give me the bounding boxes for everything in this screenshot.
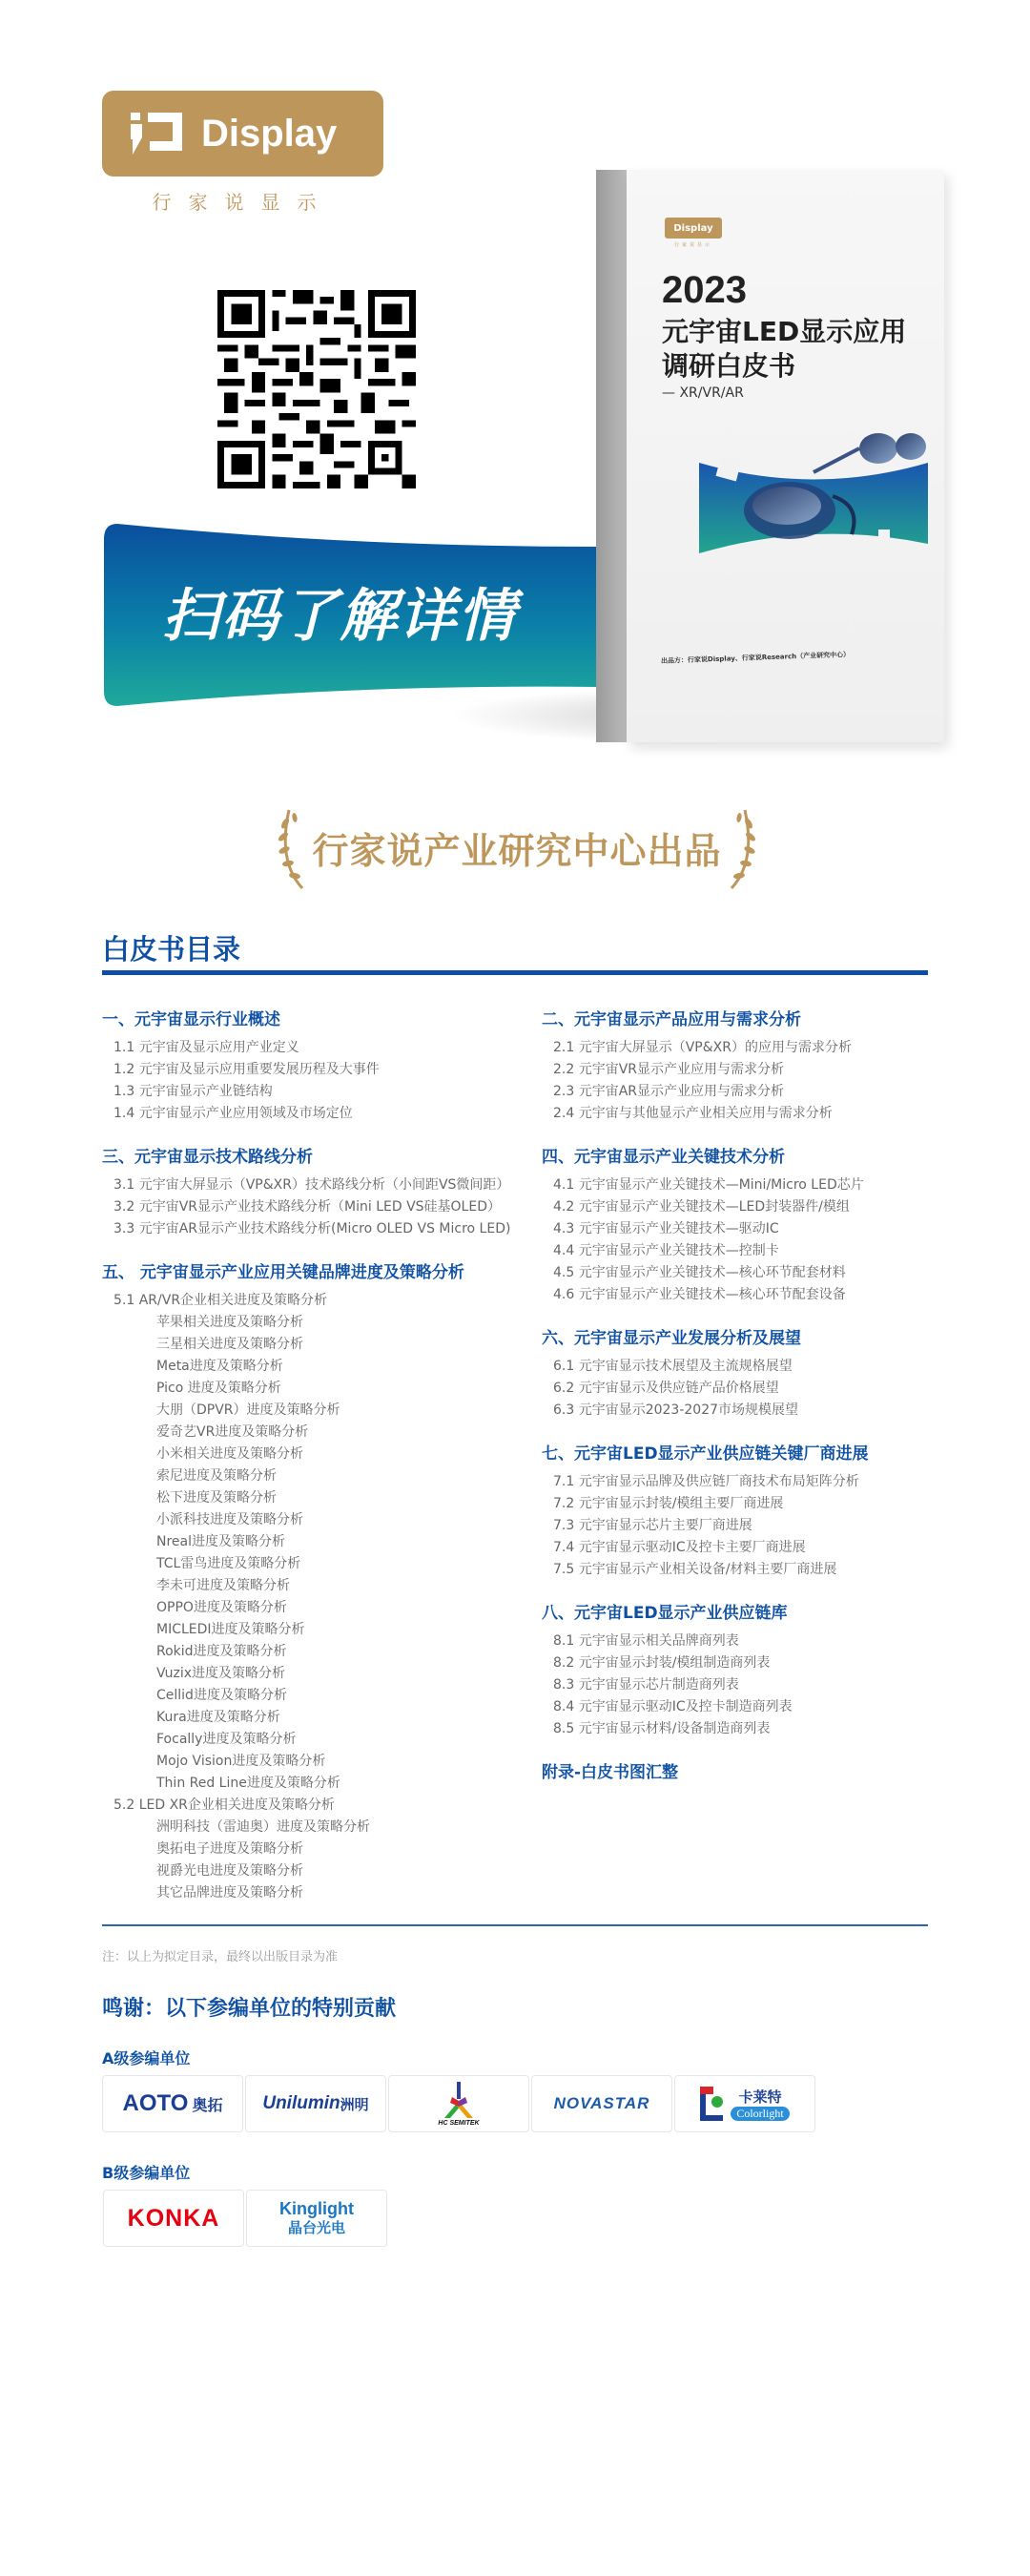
- vr-headset-illustration: [699, 420, 933, 563]
- sponsor-logo-aoto[interactable]: AOTO 奥拓: [102, 2075, 243, 2132]
- toc-item: Cellid进度及策略分析: [102, 1685, 522, 1707]
- toc-item: 苹果相关进度及策略分析: [102, 1312, 522, 1334]
- toc-item: 2.2 元宇宙VR显示产业应用与需求分析: [542, 1059, 961, 1081]
- toc-item: 洲明科技（雷迪奥）进度及策略分析: [102, 1817, 522, 1839]
- cta-text[interactable]: 扫码了解详情: [162, 571, 517, 653]
- brand-logo: Display: [102, 91, 383, 177]
- section-gap: [102, 1125, 522, 1144]
- toc-section-heading: 六、元宇宙显示产业发展分析及展望: [542, 1325, 961, 1352]
- toc-item: 1.4 元宇宙显示产业应用领域及市场定位: [102, 1103, 522, 1125]
- tier-a-label: A级参编单位: [102, 2046, 190, 2068]
- tier-b-label: B级参编单位: [102, 2161, 190, 2183]
- toc-item: 8.1 元宇宙显示相关品牌商列表: [542, 1631, 961, 1652]
- toc-item: 8.4 元宇宙显示驱动IC及控卡制造商列表: [542, 1696, 961, 1718]
- toc-item: 6.3 元宇宙显示2023-2027市场规模展望: [542, 1400, 961, 1422]
- toc-title: 白皮书目录: [102, 928, 240, 967]
- toc-item: 三星相关进度及策略分析: [102, 1334, 522, 1356]
- toc-item: Mojo Vision进度及策略分析: [102, 1751, 522, 1773]
- toc-section-heading: 四、元宇宙显示产业关键技术分析: [542, 1144, 961, 1171]
- award-text: 行家说产业研究中心出品: [312, 821, 721, 874]
- toc-end-divider: [102, 1924, 928, 1926]
- colorlight-icon: [700, 2087, 727, 2121]
- toc-item: TCL雷鸟进度及策略分析: [102, 1553, 522, 1575]
- toc-item: 4.6 元宇宙显示产业关键技术—核心环节配套设备: [542, 1284, 961, 1306]
- book-spine: [596, 170, 628, 742]
- toc-item: Vuzix进度及策略分析: [102, 1663, 522, 1685]
- section-gap: [542, 1306, 961, 1325]
- toc-section-heading: 一、元宇宙显示行业概述: [102, 1007, 522, 1033]
- tier-a-logos: AOTO 奥拓 Unilumin 洲明 HC SEMITEK NOVASTAR …: [102, 2075, 815, 2132]
- cover-logo: Display: [665, 218, 722, 239]
- toc-item: 4.5 元宇宙显示产业关键技术—核心环节配套材料: [542, 1262, 961, 1284]
- toc-section-heading: 五、 元宇宙显示产业应用关键品牌进度及策略分析: [102, 1259, 522, 1286]
- toc-item: Meta进度及策略分析: [102, 1356, 522, 1378]
- toc-item: 索尼进度及策略分析: [102, 1465, 522, 1487]
- toc-item: 2.4 元宇宙与其他显示产业相关应用与需求分析: [542, 1103, 961, 1125]
- toc-item: 4.3 元宇宙显示产业关键技术—驱动IC: [542, 1218, 961, 1240]
- toc-item: Nreal进度及策略分析: [102, 1531, 522, 1553]
- toc-right-column: 二、元宇宙显示产品应用与需求分析2.1 元宇宙大屏显示（VP&XR）的应用与需求…: [542, 1007, 961, 1786]
- toc-item: 7.1 元宇宙显示品牌及供应链厂商技术布局矩阵分析: [542, 1471, 961, 1493]
- toc-item: 3.3 元宇宙AR显示产业技术路线分析(Micro OLED VS Micro …: [102, 1218, 522, 1240]
- cover-title: 元宇宙LED显示应用 调研白皮书: [662, 315, 938, 384]
- toc-item: 4.1 元宇宙显示产业关键技术—Mini/Micro LED芯片: [542, 1174, 961, 1196]
- toc-item: 3.2 元宇宙VR显示产业技术路线分析（Mini LED VS硅基OLED）: [102, 1196, 522, 1218]
- cover-year: 2023: [662, 269, 747, 312]
- toc-item: 8.3 元宇宙显示芯片制造商列表: [542, 1674, 961, 1696]
- toc-left-column: 一、元宇宙显示行业概述1.1 元宇宙及显示应用产业定义1.2 元宇宙及显示应用重…: [102, 1007, 522, 1904]
- toc-item: 爱奇艺VR进度及策略分析: [102, 1422, 522, 1444]
- toc-section-heading: 七、元宇宙LED显示产业供应链关键厂商进展: [542, 1441, 961, 1467]
- toc-item: 1.3 元宇宙显示产业链结构: [102, 1081, 522, 1103]
- laurel-left-icon: [274, 804, 312, 890]
- toc-item: 4.2 元宇宙显示产业关键技术—LED封装器件/模组: [542, 1196, 961, 1218]
- toc-item: 8.2 元宇宙显示封装/模组制造商列表: [542, 1652, 961, 1674]
- toc-item: 小米相关进度及策略分析: [102, 1444, 522, 1465]
- toc-item: 视爵光电进度及策略分析: [102, 1860, 522, 1882]
- section-gap: [542, 1125, 961, 1144]
- qr-code[interactable]: [217, 290, 416, 488]
- logo-mark-icon: [129, 109, 186, 158]
- sponsor-logo-novastar[interactable]: NOVASTAR: [531, 2075, 672, 2132]
- toc-item: 1.1 元宇宙及显示应用产业定义: [102, 1037, 522, 1059]
- toc-item: 2.3 元宇宙AR显示产业应用与需求分析: [542, 1081, 961, 1103]
- toc-item: 奥拓电子进度及策略分析: [102, 1839, 522, 1860]
- sponsor-logo-unilumin[interactable]: Unilumin 洲明: [245, 2075, 386, 2132]
- toc-item: 1.2 元宇宙及显示应用重要发展历程及大事件: [102, 1059, 522, 1081]
- cover-logo-subtitle: 行家说显示: [665, 241, 722, 248]
- sponsor-logo-konka[interactable]: KONKA: [103, 2190, 244, 2247]
- toc-item: 4.4 元宇宙显示产业关键技术—控制卡: [542, 1240, 961, 1262]
- toc-appendix: 附录-白皮书图汇整: [542, 1759, 961, 1786]
- section-gap: [542, 1581, 961, 1600]
- laurel-right-icon: [722, 804, 760, 890]
- toc-item: 5.2 LED XR企业相关进度及策略分析: [102, 1795, 522, 1817]
- tier-b-logos: KONKA Kinglight 晶台光电: [103, 2190, 387, 2247]
- toc-item: 大朋（DPVR）进度及策略分析: [102, 1400, 522, 1422]
- logo-text: Display: [201, 113, 337, 156]
- sponsor-logo-hc-semitek[interactable]: HC SEMITEK: [388, 2075, 529, 2132]
- toc-item: 7.5 元宇宙显示产业相关设备/材料主要厂商进展: [542, 1559, 961, 1581]
- toc-item: 7.4 元宇宙显示驱动IC及控卡主要厂商进展: [542, 1537, 961, 1559]
- thanks-title: 鸣谢：以下参编单位的特别贡献: [102, 1992, 396, 2022]
- toc-item: Pico 进度及策略分析: [102, 1378, 522, 1400]
- toc-item: 李未可进度及策略分析: [102, 1575, 522, 1597]
- logo-subtitle: 行家说显示: [102, 187, 383, 215]
- sponsor-logo-kinglight[interactable]: Kinglight 晶台光电: [246, 2190, 387, 2247]
- toc-section-heading: 八、元宇宙LED显示产业供应链库: [542, 1600, 961, 1627]
- toc-note: 注：以上为拟定目录，最终以出版目录为准: [102, 1946, 338, 1964]
- toc-item: Focally进度及策略分析: [102, 1729, 522, 1751]
- section-gap: [542, 1422, 961, 1441]
- section-gap: [102, 1240, 522, 1259]
- hc-semitek-icon: [435, 2082, 483, 2120]
- toc-item: Kura进度及策略分析: [102, 1707, 522, 1729]
- toc-section-heading: 三、元宇宙显示技术路线分析: [102, 1144, 522, 1171]
- toc-item: 6.1 元宇宙显示技术展望及主流规格展望: [542, 1356, 961, 1378]
- toc-section-heading: 二、元宇宙显示产品应用与需求分析: [542, 1007, 961, 1033]
- cover-subtitle: — XR/VR/AR: [662, 385, 744, 401]
- sponsor-logo-colorlight[interactable]: 卡莱特 Colorlight: [674, 2075, 815, 2132]
- toc-item: 6.2 元宇宙显示及供应链产品价格展望: [542, 1378, 961, 1400]
- toc-item: 7.2 元宇宙显示封装/模组主要厂商进展: [542, 1493, 961, 1515]
- toc-divider: [102, 970, 928, 975]
- toc-item: 8.5 元宇宙显示材料/设备制造商列表: [542, 1718, 961, 1740]
- toc-item: Thin Red Line进度及策略分析: [102, 1773, 522, 1795]
- award-banner: 行家说产业研究中心出品: [250, 800, 784, 895]
- toc-item: 5.1 AR/VR企业相关进度及策略分析: [102, 1290, 522, 1312]
- toc-item: 7.3 元宇宙显示芯片主要厂商进展: [542, 1515, 961, 1537]
- toc-item: 2.1 元宇宙大屏显示（VP&XR）的应用与需求分析: [542, 1037, 961, 1059]
- toc-item: 其它品牌进度及策略分析: [102, 1882, 522, 1904]
- toc-item: MICLEDI进度及策略分析: [102, 1619, 522, 1641]
- toc-item: Rokid进度及策略分析: [102, 1641, 522, 1663]
- toc-item: 松下进度及策略分析: [102, 1487, 522, 1509]
- toc-item: 小派科技进度及策略分析: [102, 1509, 522, 1531]
- toc-item: 3.1 元宇宙大屏显示（VP&XR）技术路线分析（小间距VS微间距）: [102, 1174, 522, 1196]
- toc-item: OPPO进度及策略分析: [102, 1597, 522, 1619]
